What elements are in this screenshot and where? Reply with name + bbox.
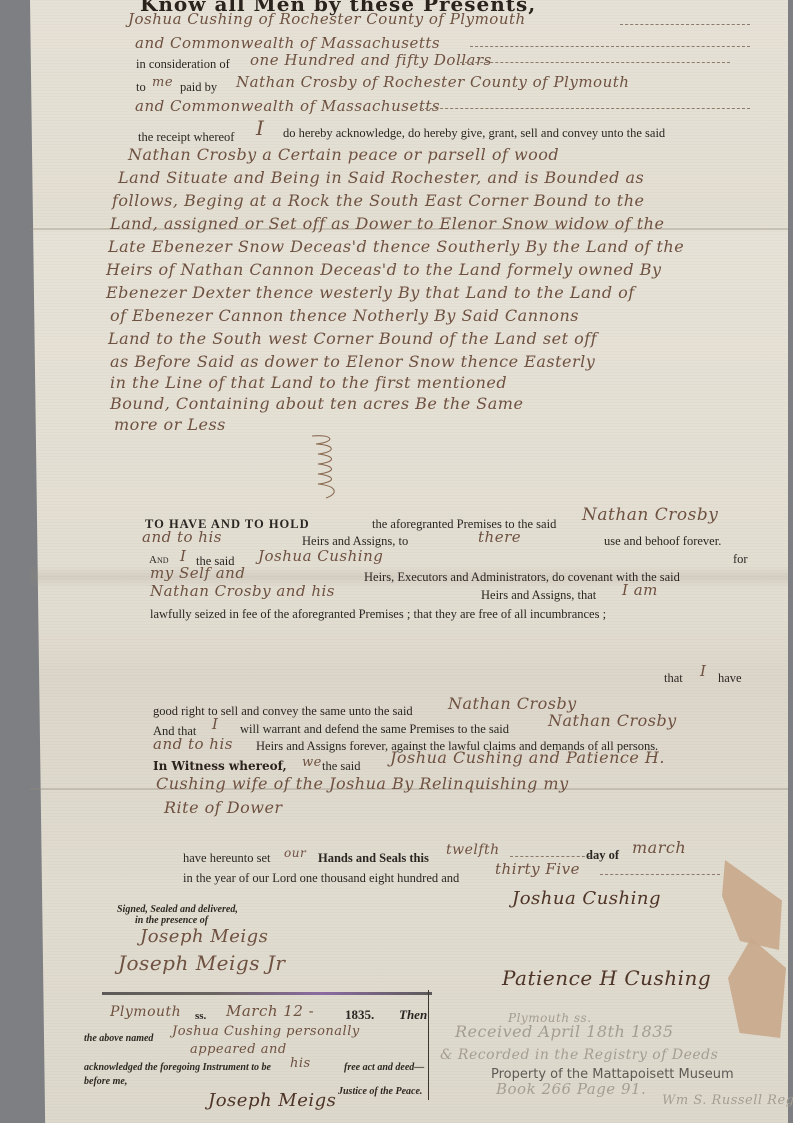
to-label: to — [136, 81, 146, 94]
description-line: Ebenezer Dexter thence westerly By that … — [106, 285, 635, 301]
receipt-label: the receipt whereof — [138, 131, 234, 144]
fill-dash — [510, 856, 590, 858]
grant-clause: do hereby acknowledge, do hereby give, g… — [283, 127, 665, 140]
fill-dash — [420, 108, 750, 110]
day-of: day of — [586, 849, 619, 862]
ack-name: Joshua Cushing personally — [172, 1025, 360, 1038]
warranty-i: I — [700, 664, 706, 679]
grantee-line: Nathan Crosby of Rochester County of Ply… — [236, 75, 629, 90]
for-label: for — [733, 553, 748, 566]
ack-ss: ss. — [195, 1011, 206, 1022]
that-label: that — [664, 672, 683, 685]
description-line: follows, Beging at a Rock the South East… — [112, 193, 644, 209]
recording-received: Received April 18th 1835 — [455, 1024, 674, 1040]
witness-signature-2: Joseph Meigs Jr — [118, 953, 285, 973]
heirs-assigns: Heirs and Assigns, to — [302, 535, 408, 548]
ack-year: 1835. — [345, 1008, 374, 1021]
year-suffix: thirty Five — [495, 862, 580, 877]
the-said: the said — [322, 760, 361, 773]
seizin-clause: lawfully seized in fee of the aforegrant… — [150, 608, 606, 621]
day-number: twelfth — [446, 843, 500, 857]
fill-dash — [620, 24, 750, 26]
grantee-commonwealth: and Commonwealth of Massachusetts — [135, 99, 440, 114]
relinquish-line: Cushing wife of the Joshua By Relinquish… — [156, 776, 569, 792]
museum-watermark: Property of the Mattapoisett Museum — [491, 1067, 734, 1082]
we: we — [302, 756, 322, 769]
heirs-assigns-that: Heirs and Assigns, that — [481, 589, 596, 602]
year-of-lord: in the year of our Lord one thousand eig… — [183, 872, 459, 885]
description-line: Nathan Crosby a Certain peace or parsell… — [128, 147, 559, 163]
in-presence-label: in the presence of — [135, 915, 208, 926]
hereunto-set: have hereunto set — [183, 852, 270, 865]
my-self-and: my Self and — [150, 566, 245, 581]
recording-book-page: Book 266 Page 91. — [496, 1082, 646, 1097]
ack-before-me: before me, — [84, 1076, 127, 1087]
receipt-i: I — [256, 118, 264, 138]
section-divider — [102, 992, 432, 995]
description-line: more or Less — [114, 417, 226, 433]
fill-dash — [600, 874, 720, 876]
i-am: I am — [622, 583, 658, 598]
witness-names: Joshua Cushing and Patience H. — [390, 750, 665, 766]
to-me: me — [152, 76, 173, 89]
ack-appeared: appeared and — [190, 1043, 287, 1056]
warrant-defend: will warrant and defend the same Premise… — [240, 723, 509, 736]
witness-lead: In Witness whereof, — [153, 760, 287, 772]
our: our — [284, 847, 306, 859]
warranty-i-2: I — [212, 717, 218, 732]
grantee-name: Nathan Crosby — [548, 713, 677, 729]
description-line: as Before Said as dower to Elenor Snow t… — [110, 354, 595, 370]
covenant-i: I — [180, 549, 186, 564]
ack-above-named: the above named — [84, 1033, 153, 1044]
signed-sealed-label: Signed, Sealed and delivered, — [117, 904, 238, 915]
ack-then: Then — [399, 1008, 427, 1021]
ack-date: March 12 - — [226, 1004, 314, 1019]
grantor-line: Joshua Cushing of Rochester County of Pl… — [128, 12, 526, 27]
ack-justice-label: Justice of the Peace. — [338, 1086, 422, 1097]
grantee-name: Nathan Crosby — [448, 696, 577, 712]
ack-county: Plymouth — [110, 1005, 181, 1019]
ack-instrument: acknowledged the foregoing Instrument to… — [84, 1062, 271, 1073]
consideration-amount: one Hundred and fifty Dollars — [250, 53, 492, 68]
description-line: Bound, Containing about ten acres Be the… — [110, 396, 523, 412]
justice-signature: Joseph Meigs — [208, 1092, 336, 1110]
grantor-name: Joshua Cushing — [258, 549, 383, 564]
use-behoof: use and behoof forever. — [604, 535, 721, 548]
description-line: Land, assigned or Set off as Dower to El… — [110, 216, 664, 232]
recording-registry: & Recorded in the Registry of Deeds — [440, 1048, 718, 1062]
fill-dash — [460, 62, 730, 64]
description-line: Heirs of Nathan Cannon Deceas'd to the L… — [106, 262, 662, 278]
description-line: Land Situate and Being in Said Rochester… — [118, 170, 644, 186]
box-border — [428, 990, 429, 1100]
description-line: in the Line of that Land to the first me… — [110, 375, 507, 391]
there-use: there — [478, 530, 521, 545]
description-line: Land to the South west Corner Bound of t… — [108, 331, 597, 347]
consideration-label: in consideration of — [136, 58, 230, 71]
witness-signature-1: Joseph Meigs — [140, 928, 268, 946]
month: march — [632, 840, 686, 856]
fill-dash — [470, 46, 750, 48]
grantee-and-his: Nathan Crosby and his — [150, 584, 335, 599]
ack-his: his — [290, 1057, 311, 1070]
flourish-mark — [308, 432, 342, 502]
habendum-text: the aforegranted Premises to the said — [372, 518, 556, 531]
right-to-sell: good right to sell and convey the same u… — [153, 705, 413, 718]
grantor-commonwealth: and Commonwealth of Massachusetts — [135, 36, 440, 51]
description-line: Late Ebenezer Snow Deceas'd thence South… — [108, 239, 684, 255]
have-label: have — [718, 672, 742, 685]
description-line: of Ebenezer Cannon thence Notherly By Sa… — [110, 308, 579, 324]
and-to-his: and to his — [153, 737, 233, 752]
dower-line: Rite of Dower — [164, 800, 283, 816]
recording-register: Wm S. Russell Reg — [662, 1094, 793, 1107]
grantor-signature: Joshua Cushing — [512, 890, 661, 908]
ack-free-act: free act and deed— — [344, 1062, 424, 1073]
grantee-name: Nathan Crosby — [582, 507, 718, 524]
grantor-wife-signature: Patience H Cushing — [502, 968, 711, 988]
and-to-his: and to his — [142, 530, 222, 545]
hands-seals: Hands and Seals this — [318, 852, 429, 865]
paid-by-label: paid by — [180, 81, 217, 94]
